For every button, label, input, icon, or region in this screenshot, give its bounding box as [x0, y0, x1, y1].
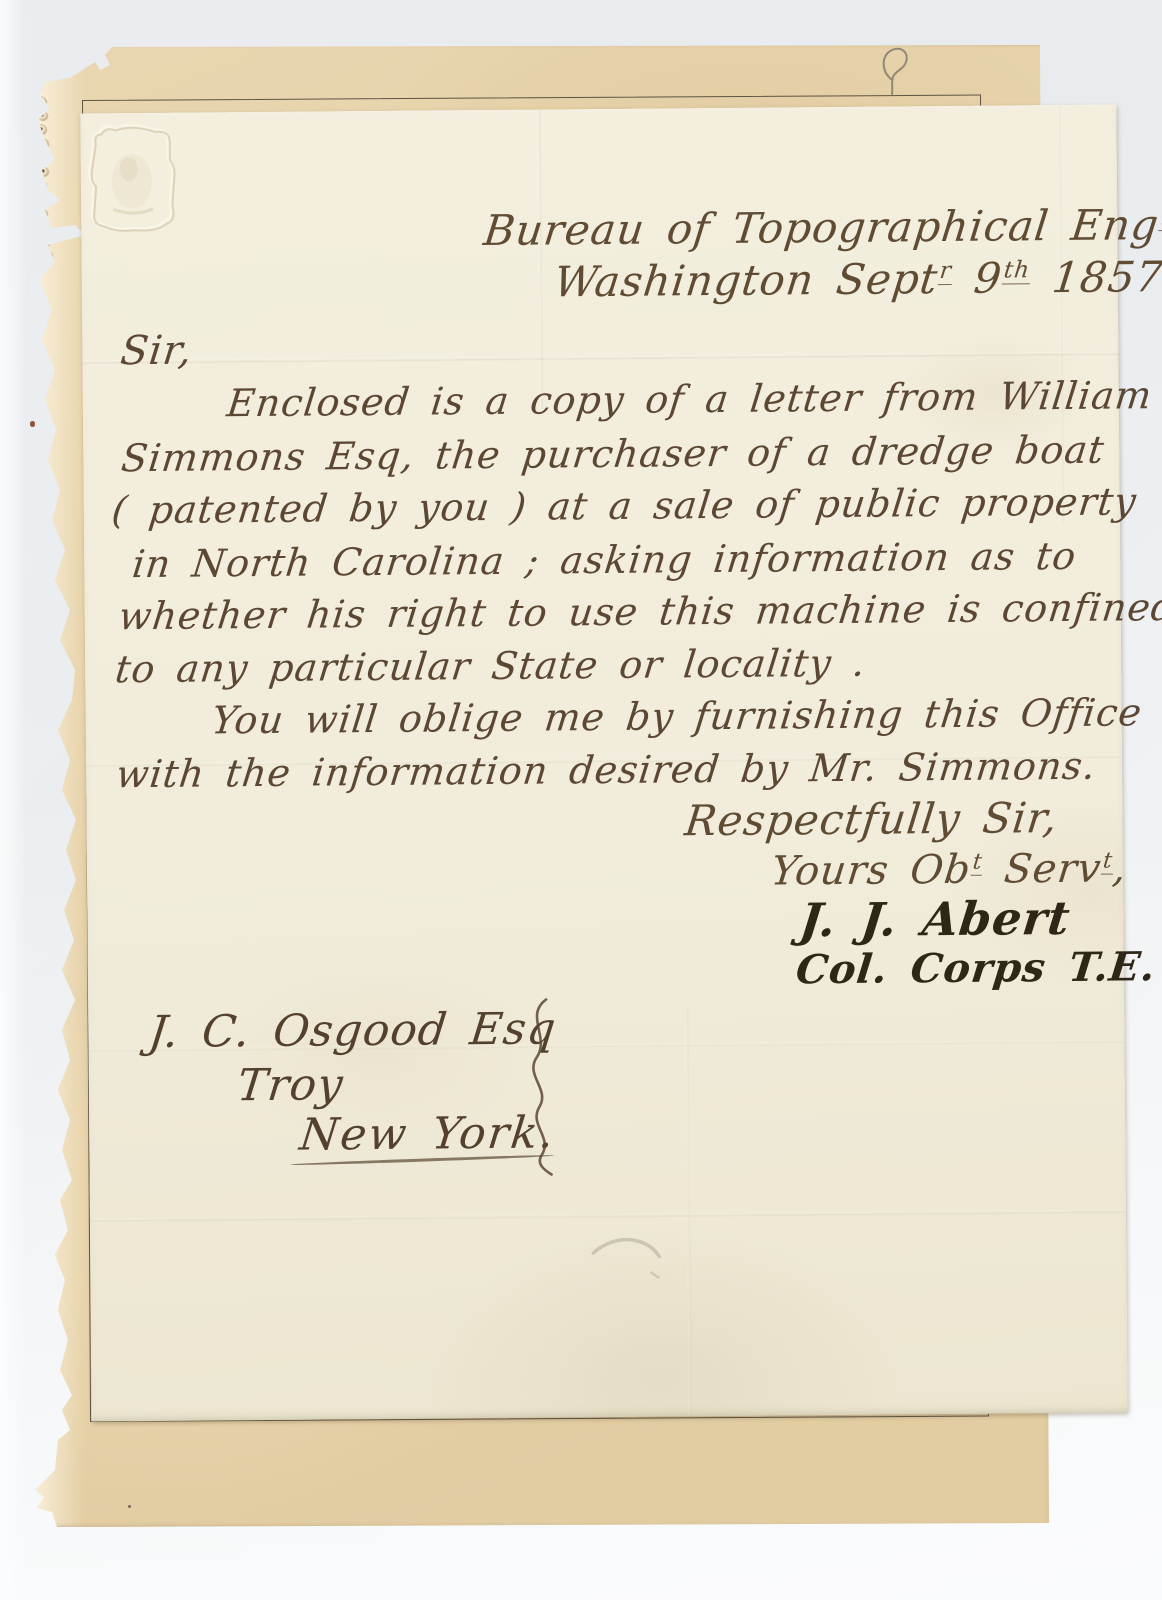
signature-title: Col. Corps T.E.	[794, 947, 1158, 990]
address-city-line: Troy	[235, 1063, 346, 1108]
closing-yours-text: Yours Ob	[769, 847, 974, 895]
closing-yours-line: Yours Obt Servt,	[769, 848, 1129, 891]
embossed-seal-drawing	[84, 117, 181, 248]
fold-crease-horizontal	[90, 1209, 1126, 1222]
heading-year-text: 1857	[1027, 252, 1162, 302]
pencil-question-mark: ?	[875, 43, 915, 103]
dark-speck	[128, 1505, 131, 1508]
body-line-5: whether his right to use this machine is…	[117, 588, 1162, 635]
salutation-line: Sir,	[119, 331, 195, 372]
heading-bureau-line: Bureau of Topographical Engrs	[482, 204, 1162, 252]
address-recipient-line: J. C. Osgood Esq	[147, 1007, 559, 1055]
signature-name: J. J. Abert	[798, 895, 1073, 943]
heading-day-superscript: th	[1001, 257, 1032, 284]
heading-place-text: Washington Sept	[552, 254, 941, 306]
body-line-7: You will oblige me by furnishing this Of…	[210, 693, 1144, 739]
fold-crease-vertical	[537, 110, 544, 410]
red-speck	[30, 421, 35, 427]
body-line-1: Enclosed is a copy of a letter from Will…	[225, 376, 1154, 422]
ink-smudge-drawing	[585, 1226, 676, 1287]
body-line-2: Simmons Esq, the purchaser of a dredge b…	[119, 431, 1106, 478]
closing-respectfully-line: Respectfully Sir,	[683, 797, 1061, 842]
body-line-4: in North Carolina ; asking information a…	[130, 537, 1078, 583]
address-brace-drawing	[512, 995, 560, 1179]
embossed-seal	[84, 117, 181, 248]
body-line-3: ( patented by you ) at a sale of public …	[110, 482, 1139, 529]
body-line-8: with the information desired by Mr. Simm…	[114, 747, 1098, 794]
letter-page: Bureau of Topographical Engrs Washington…	[80, 105, 1127, 1422]
body-line-6: to any particular State or locality .	[113, 644, 868, 689]
fold-crease-horizontal	[82, 351, 1118, 364]
heading-day-text: 9	[949, 253, 1005, 302]
ink-smudge	[585, 1226, 676, 1287]
pencil-question-mark-drawing	[875, 43, 915, 103]
heading-bureau-text: Bureau of Topographical Eng	[481, 200, 1162, 255]
closing-serv-text: Serv	[980, 846, 1104, 893]
heading-date-line: Washington Septr 9th 1857	[552, 256, 1162, 303]
address-brace	[512, 995, 560, 1179]
scanned-letter-scene: ?	[0, 0, 1162, 1600]
